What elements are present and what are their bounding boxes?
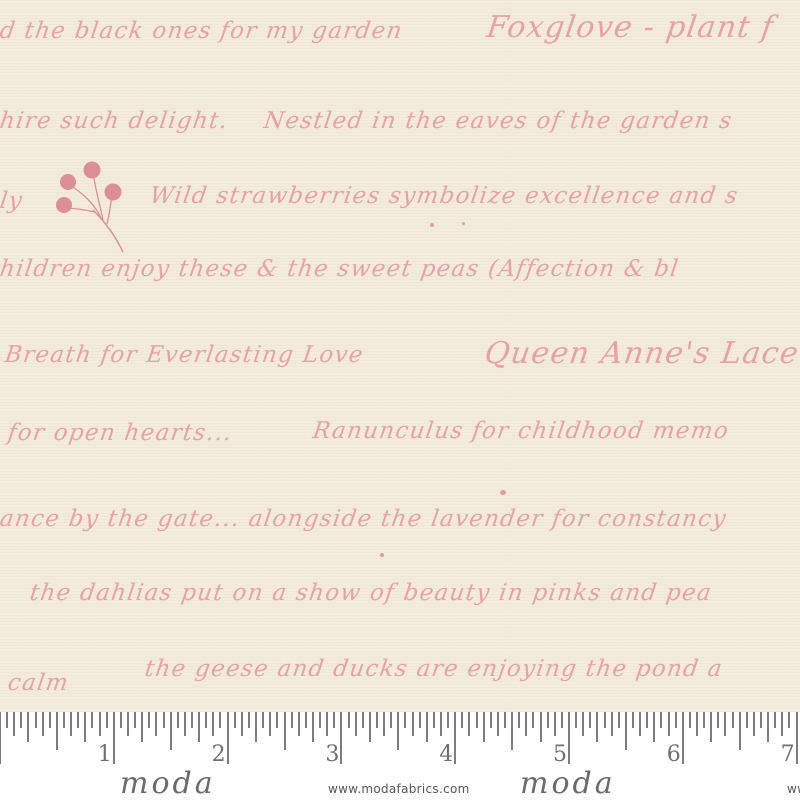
ruler-tick [461, 712, 463, 728]
ruler-tick [141, 712, 143, 742]
ruler-tick [362, 712, 364, 728]
ruler-tick [113, 712, 115, 764]
ruler-tick [653, 712, 655, 742]
ruler-tick [234, 712, 236, 728]
ruler-tick [383, 712, 385, 736]
ruler-tick [554, 712, 556, 736]
script-line: hildren enjoy these & the sweet peas (Af… [0, 256, 681, 282]
ruler-tick [596, 712, 598, 742]
moda-logo: moda [120, 774, 216, 794]
script-line: Nestled in the eaves of the garden s [262, 108, 734, 134]
ruler-tick [732, 712, 734, 728]
ruler-tick [276, 712, 278, 728]
script-line: hire such delight. [0, 108, 230, 134]
ruler-tick [155, 712, 157, 736]
ruler-tick [547, 712, 549, 728]
ruler-tick [668, 712, 670, 736]
brand-url: www.modafabrics.com [328, 782, 470, 796]
ruler-tick [191, 712, 193, 728]
ruler-tick [305, 712, 307, 728]
ruler-tick [604, 712, 606, 728]
ruler-tick [796, 712, 798, 764]
ruler-tick [6, 712, 8, 728]
script-line: d the black ones for my garden [0, 18, 405, 44]
script-line: the dahlias put on a show of beauty in p… [28, 580, 714, 606]
ruler-tick [35, 712, 37, 728]
ruler-tick [724, 712, 726, 736]
script-line: Queen Anne's Lace [483, 336, 800, 371]
ruler-strip: moda www.modafabrics.com moda www.modafa… [0, 712, 800, 800]
script-line: Foxglove - plant f [485, 10, 777, 45]
ruler-tick [739, 712, 741, 750]
ruler-tick [255, 712, 257, 742]
ruler-tick [532, 712, 534, 728]
ruler-tick [575, 712, 577, 728]
ruler-tick [582, 712, 584, 736]
script-line: the geese and ducks are enjoying the pon… [143, 656, 725, 682]
ruler-tick [376, 712, 378, 728]
ruler-tick [504, 712, 506, 728]
ruler-tick [219, 712, 221, 728]
ruler-tick [170, 712, 172, 750]
ruler-tick [390, 712, 392, 728]
script-line: calm [6, 670, 71, 696]
ink-speck [430, 223, 434, 227]
ruler-tick [0, 712, 1, 764]
ruler-tick [540, 712, 542, 742]
ruler-tick [468, 712, 470, 736]
ruler-tick [675, 712, 677, 728]
ruler-tick [91, 712, 93, 728]
ruler-tick [412, 712, 414, 736]
ruler-tick [56, 712, 58, 750]
ruler-tick [689, 712, 691, 728]
ruler-tick [703, 712, 705, 728]
ruler-tick [760, 712, 762, 728]
ruler-tick [660, 712, 662, 728]
ruler-tick [767, 712, 769, 742]
ruler-inch-label: 7 [781, 742, 795, 767]
ruler-tick [348, 712, 350, 728]
ruler-tick [717, 712, 719, 728]
ruler-tick [248, 712, 250, 728]
ruler-tick [269, 712, 271, 736]
ruler-tick [312, 712, 314, 742]
flower-sprig-icon [55, 160, 135, 255]
ruler-inch-label: 6 [667, 742, 681, 767]
ruler-tick [710, 712, 712, 742]
ruler-tick [511, 712, 513, 750]
ruler-tick [525, 712, 527, 736]
ruler-tick [518, 712, 520, 728]
ruler-tick [184, 712, 186, 736]
ruler-tick [333, 712, 335, 728]
ruler-tick [426, 712, 428, 742]
ruler-tick [447, 712, 449, 728]
script-line: Ranunculus for childhood memo [311, 418, 731, 444]
moda-logo-repeat: moda [520, 774, 616, 794]
ruler-tick [291, 712, 293, 728]
ruler-tick [27, 712, 29, 742]
ruler-tick [227, 712, 229, 764]
ruler-inch-label: 2 [212, 742, 226, 767]
ruler-tick [319, 712, 321, 728]
ruler-tick [753, 712, 755, 736]
ruler-tick [49, 712, 51, 728]
ink-speck [462, 222, 465, 225]
ruler-tick [746, 712, 748, 728]
ruler-tick [99, 712, 101, 736]
ruler-tick [13, 712, 15, 736]
ruler-tick [42, 712, 44, 736]
ruler-tick [84, 712, 86, 742]
ruler-tick [781, 712, 783, 736]
ruler-inch-label: 5 [553, 742, 567, 767]
ruler-tick [63, 712, 65, 728]
fabric-swatch: d the black ones for my gardenFoxglove -… [0, 0, 800, 712]
ruler-tick [262, 712, 264, 728]
script-line: ly [0, 188, 25, 214]
ink-speck [500, 490, 506, 495]
ruler-tick [419, 712, 421, 728]
ruler-tick [696, 712, 698, 736]
ruler-tick [134, 712, 136, 728]
ruler-inch-label: 1 [98, 742, 112, 767]
brand-url-repeat: www.modafabrics.com [787, 782, 800, 796]
ruler-tick [106, 712, 108, 728]
ruler-tick [404, 712, 406, 728]
script-line: for open hearts... [6, 420, 234, 446]
ruler-tick [433, 712, 435, 728]
script-line: ance by the gate... alongside the lavend… [0, 506, 729, 532]
ruler-tick [369, 712, 371, 742]
ruler-tick [618, 712, 620, 728]
ruler-tick [340, 712, 342, 764]
ruler-tick [198, 712, 200, 742]
ruler-tick [77, 712, 79, 728]
ruler-tick [127, 712, 129, 736]
ruler-tick [454, 712, 456, 764]
ruler-tick [355, 712, 357, 736]
ruler-tick [298, 712, 300, 736]
script-line: Wild strawberries symbolize excellence a… [148, 183, 740, 209]
ruler-tick [284, 712, 286, 750]
ruler-tick [682, 712, 684, 764]
ruler-inch-label: 4 [439, 742, 453, 767]
ruler-tick [476, 712, 478, 728]
ruler-tick [568, 712, 570, 764]
ink-speck [380, 553, 384, 557]
ruler-tick [148, 712, 150, 728]
ruler-tick [497, 712, 499, 736]
ruler-tick [561, 712, 563, 728]
ruler-tick [483, 712, 485, 742]
ruler-tick [241, 712, 243, 736]
ruler-tick [625, 712, 627, 750]
ruler-tick [177, 712, 179, 728]
ruler-tick [646, 712, 648, 728]
ruler-tick [70, 712, 72, 736]
ruler-tick [639, 712, 641, 736]
ruler-tick [212, 712, 214, 736]
ruler-tick [20, 712, 22, 728]
ruler-tick [163, 712, 165, 728]
ruler-tick [774, 712, 776, 728]
script-line: Breath for Everlasting Love [3, 342, 365, 368]
ruler-tick [632, 712, 634, 728]
ruler-tick [440, 712, 442, 736]
ruler-tick [788, 712, 790, 728]
ruler-inch-label: 3 [325, 742, 339, 767]
ruler-tick [397, 712, 399, 750]
ruler-tick [205, 712, 207, 728]
ruler-tick [611, 712, 613, 736]
ruler-tick [589, 712, 591, 728]
ruler-tick [490, 712, 492, 728]
ruler-tick [120, 712, 122, 728]
ruler-tick [326, 712, 328, 736]
